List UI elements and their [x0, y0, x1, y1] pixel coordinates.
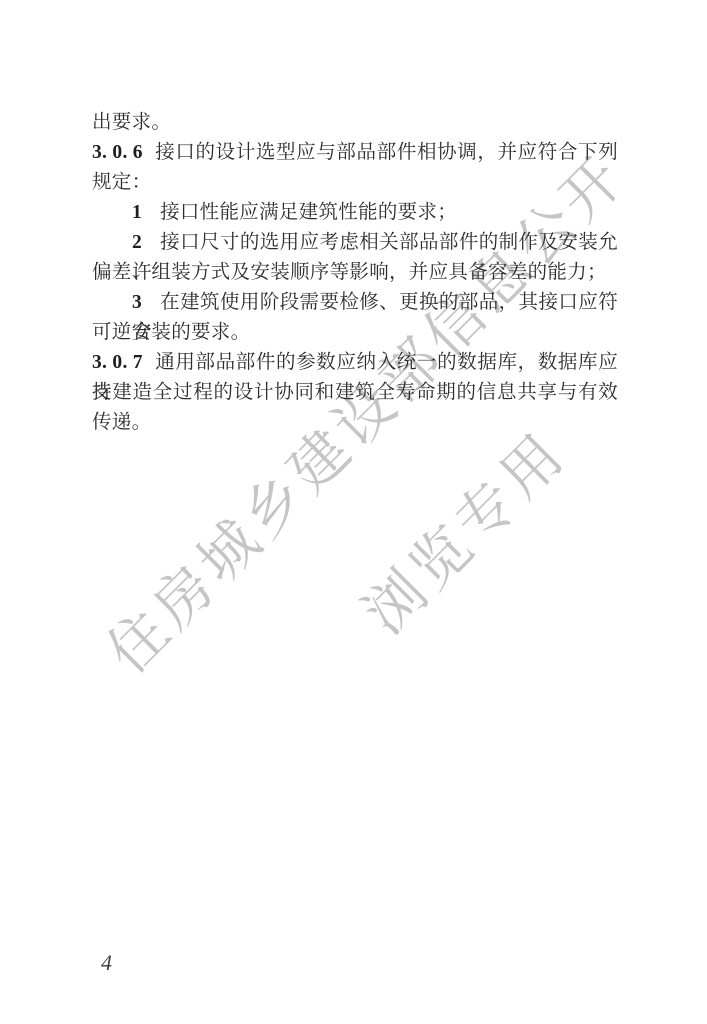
text-line-clause-3-0-6: 3. 0. 6接口的设计选型应与部品部件相协调，并应符合下列 [92, 138, 618, 168]
clause-number: 3. 0. 6 [92, 138, 143, 168]
text-line: 出要求。 [92, 108, 618, 138]
item-number: 3 [132, 288, 142, 318]
text-line: 规定： [92, 168, 618, 198]
page-number: 4 [101, 948, 112, 978]
text-line: 可逆安装的要求。 [92, 318, 618, 348]
line-text: 可逆安装的要求。 [92, 322, 250, 343]
document-page: 住房城乡建设部信息公开 浏览专用 出要求。 3. 0. 6接口的设计选型应与部品… [0, 0, 707, 1024]
line-text: 传递。 [92, 412, 151, 433]
line-text: 出要求。 [92, 112, 171, 133]
text-line: 偏差、组装方式及安装顺序等影响，并应具备容差的能力； [92, 258, 618, 288]
line-text: 接口性能应满足建筑性能的要求； [160, 202, 457, 223]
item-number: 1 [132, 198, 142, 228]
line-text: 接口的设计选型应与部品部件相协调，并应符合下列 [155, 142, 618, 163]
text-line: 持建造全过程的设计协同和建筑全寿命期的信息共享与有效 [92, 378, 618, 408]
text-line: 传递。 [92, 408, 618, 438]
line-text: 偏差、组装方式及安装顺序等影响，并应具备容差的能力； [92, 262, 607, 283]
text-line-item-2: 2接口尺寸的选用应考虑相关部品部件的制作及安装允许 [92, 228, 618, 258]
text-line-item-3: 3在建筑使用阶段需要检修、更换的部品，其接口应符合 [92, 288, 618, 318]
text-line-item-1: 1接口性能应满足建筑性能的要求； [92, 198, 618, 228]
line-text: 持建造全过程的设计协同和建筑全寿命期的信息共享与有效 [92, 382, 618, 403]
item-number: 2 [132, 228, 142, 258]
watermark-browse-only: 浏览专用 [342, 409, 582, 649]
body-text: 出要求。 3. 0. 6接口的设计选型应与部品部件相协调，并应符合下列 规定： … [92, 108, 618, 438]
clause-number: 3. 0. 7 [92, 348, 143, 378]
line-text: 规定： [92, 172, 151, 193]
text-line-clause-3-0-7: 3. 0. 7通用部品部件的参数应纳入统一的数据库，数据库应支 [92, 348, 618, 378]
